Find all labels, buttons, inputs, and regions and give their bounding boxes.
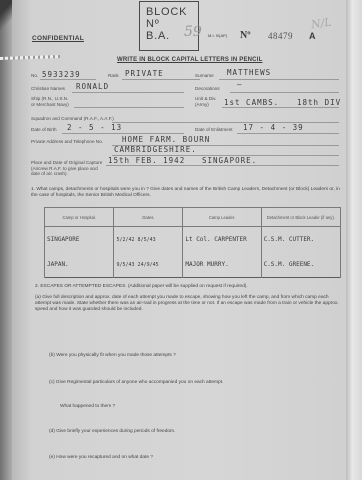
camp-cell: SINGAPORE <box>45 227 114 253</box>
dates-cell: 5/2/42 8/5/43 <box>114 227 183 253</box>
page-edge-right <box>346 0 362 480</box>
address-line-2: CAMBRIDGESHIRE. <box>114 145 197 154</box>
section-1-question: 1. What camps, detachments or hospitals … <box>31 187 343 199</box>
section-2-question-b: (b) Were you physically fit when you mad… <box>49 353 176 359</box>
section-2-question-c: (c) Give Regimental particulars of anyon… <box>49 380 223 386</box>
decorations-label: Decorations <box>195 86 220 92</box>
section-2-question-c2: What happened to them ? <box>60 404 115 410</box>
division-value: 18th DIV <box>297 98 341 107</box>
camps-table: Camp or Hospital. Dates. Camp Leader. De… <box>44 207 341 278</box>
enlistment-label: Date of Enlistment <box>195 127 233 133</box>
table-row: SINGAPORE 5/2/42 8/5/43 Lt Col. CARPENTE… <box>45 227 341 253</box>
christian-names-label: Christian Names <box>31 86 65 92</box>
block-leader-cell: C.S.M. CUTTER. <box>261 227 340 253</box>
address-label: Private Address and Telephone No. <box>31 139 103 145</box>
corner-note: N/L <box>310 16 332 32</box>
section-2-question-e: (e) How were you recaptured and on what … <box>49 455 153 461</box>
decorations-value: — <box>237 80 243 89</box>
col-camp: Camp or Hospital. <box>45 208 114 227</box>
squadron-label: Squadron and Command (R.A.F., A.A.F.) <box>31 116 114 122</box>
enlistment-value: 17 - 4 - 39 <box>243 123 304 132</box>
number-field-label: No. <box>31 73 38 79</box>
col-block-leader: Detachment or Block Leader (if any). <box>261 208 340 227</box>
capture-label: Place and Date of Original Capture (Airc… <box>31 160 106 177</box>
address-line-1: HOME FARM. BOURN <box>122 135 210 144</box>
camp-leader-cell: MAJOR MURRY. <box>183 252 261 278</box>
unit-value: 1st CAMBS. <box>224 98 279 107</box>
document-page: CONFIDENTIAL BLOCK Nº B.A. 59 M.I. 9/(AP… <box>12 0 346 480</box>
dates-cell: 9/5/43 24/9/45 <box>114 252 183 278</box>
stamp-line-1: BLOCK <box>146 6 198 18</box>
section-2-title: 2. ESCAPES OR ATTEMPTED ESCAPES. (Additi… <box>35 284 248 290</box>
rank-label: Rank <box>108 73 119 79</box>
section-2-question-d: (d) Give briefly your experiences during… <box>49 429 175 435</box>
dob-value: 2 - 5 - 13 <box>67 123 122 132</box>
confidential-label: CONFIDENTIAL <box>32 35 84 42</box>
surname-label: Surname <box>195 73 214 79</box>
table-row: JAPAN. 9/5/43 24/9/45 MAJOR MURRY. C.S.M… <box>45 252 341 278</box>
instruction-heading: WRITE IN BLOCK CAPITAL LETTERS IN PENCIL <box>117 57 262 63</box>
serial-number: 48479 <box>268 31 293 41</box>
stamp-scribble: 59 <box>184 24 202 40</box>
camp-leader-cell: Lt Col. CARPENTER <box>183 227 261 253</box>
capture-place: SINGAPORE. <box>202 156 257 165</box>
ship-label: Ship (R.N., U.S.N. or Merchant Navy) <box>31 96 73 107</box>
col-dates: Dates. <box>114 208 183 227</box>
camp-cell: JAPAN. <box>45 252 114 278</box>
rank-value: PRIVATE <box>125 69 164 78</box>
number-field-value: 5933239 <box>42 70 81 79</box>
christian-names-value: RONALD <box>76 82 109 91</box>
surname-value: MATTHEWS <box>227 68 271 77</box>
form-code: M.I. 9/(AP) <box>208 33 227 38</box>
serial-suffix: A <box>309 31 316 41</box>
number-label: Nº <box>240 30 251 41</box>
block-leader-cell: C.S.M. GREENE. <box>261 252 340 278</box>
col-camp-leader: Camp Leader. <box>183 208 261 227</box>
capture-date: 15th FEB. 1942 <box>108 156 185 165</box>
section-2-question-a: (a) Give full description and approx. da… <box>35 295 339 313</box>
dob-label: Date of Birth <box>31 127 57 133</box>
unit-label: Unit & Div. (Army) <box>195 96 223 107</box>
